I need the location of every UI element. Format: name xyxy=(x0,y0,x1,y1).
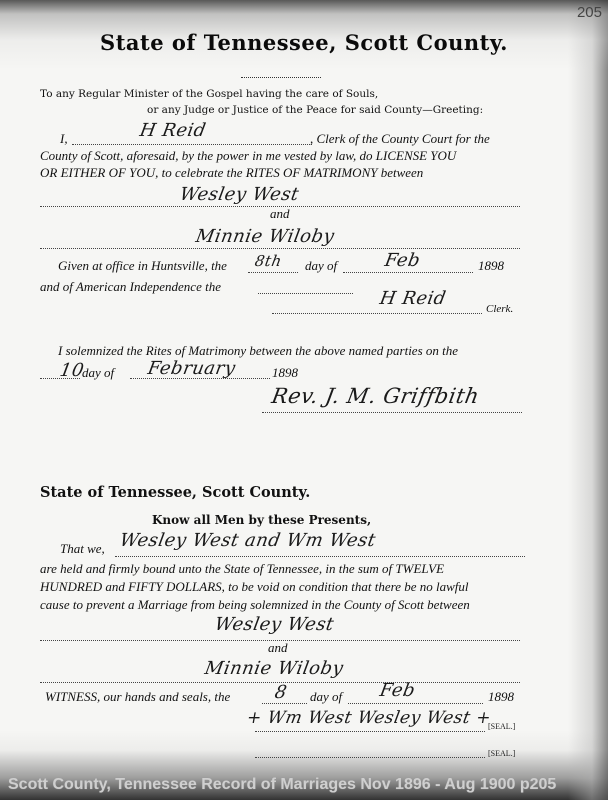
page-number: 205 xyxy=(577,4,602,21)
bond-and: and xyxy=(268,640,288,656)
that-we-label: That we, xyxy=(60,541,105,557)
bond-line-3: HUNDRED and FIFTY DOLLARS, to be void on… xyxy=(40,579,469,595)
license-title: State of Tennessee, Scott County. xyxy=(0,30,608,55)
officiant-signature: Rev. J. M. Griffbith xyxy=(270,384,481,408)
given-month-line xyxy=(343,272,473,273)
witness-month: Feb xyxy=(378,680,417,701)
bond-title: State of Tennessee, Scott County. xyxy=(40,484,310,501)
obligors-line xyxy=(115,556,525,557)
solemnization-text: I solemnized the Rites of Matrimony betw… xyxy=(58,343,458,359)
license-body-line-2: County of Scott, aforesaid, by the power… xyxy=(40,148,456,164)
clerk-label: Clerk. xyxy=(486,303,513,315)
witness-month-line xyxy=(348,703,483,704)
bond-groom: Wesley West xyxy=(213,614,336,635)
officiant-line xyxy=(262,412,522,413)
license-bride: Minnie Wiloby xyxy=(194,226,336,247)
given-day-line xyxy=(248,272,298,273)
bond-subtitle: Know all Men by these Presents, xyxy=(152,513,371,527)
bond-line-2: are held and firmly bound unto the State… xyxy=(40,561,444,577)
signature-line-1 xyxy=(255,731,485,732)
solemn-month: February xyxy=(146,358,237,379)
clerk-signature-line xyxy=(272,313,482,314)
bond-obligors: Wesley West and Wm West xyxy=(118,530,377,551)
given-day-label: day of xyxy=(305,258,337,274)
witness-day-label: day of xyxy=(310,689,342,705)
license-groom: Wesley West xyxy=(178,184,301,205)
given-prefix: Given at office in Huntsville, the xyxy=(58,258,227,274)
clerk-signature: H Reid xyxy=(378,288,448,309)
seal-label-1: [SEAL.] xyxy=(488,722,515,731)
address-line-1: To any Regular Minister of the Gospel ha… xyxy=(40,88,378,100)
given-month: Feb xyxy=(383,250,422,271)
given-year: 1898 xyxy=(478,258,504,274)
witness-day-line xyxy=(262,703,307,704)
solemn-year: 1898 xyxy=(272,365,298,381)
witness-day: 8 xyxy=(273,682,289,703)
given-day: 8th xyxy=(253,252,283,270)
witness-prefix: WITNESS, our hands and seals, the xyxy=(45,689,230,705)
solemn-day-label: day of xyxy=(82,365,114,381)
bond-line-4: cause to prevent a Marriage from being s… xyxy=(40,597,470,613)
record-caption: Scott County, Tennessee Record of Marria… xyxy=(8,776,556,794)
intro-suffix: , Clerk of the County Court for the xyxy=(310,131,490,147)
clerk-name-line xyxy=(72,144,312,145)
bride-line xyxy=(40,248,520,249)
bond-bride: Minnie Wiloby xyxy=(203,658,345,679)
license-and: and xyxy=(270,206,290,222)
marriage-record-page: 205 State of Tennessee, Scott County. To… xyxy=(0,0,608,800)
address-line-2: or any Judge or Justice of the Peace for… xyxy=(147,104,483,116)
signature-line-2 xyxy=(255,757,485,758)
independence-line xyxy=(258,293,353,294)
intro-prefix: I, xyxy=(60,131,68,147)
license-body-line-3: OR EITHER OF YOU, to celebrate the RITES… xyxy=(40,165,423,181)
seal-label-2: [SEAL.] xyxy=(488,749,515,758)
clerk-name: H Reid xyxy=(138,120,208,141)
independence-label: and of American Independence the xyxy=(40,279,221,295)
bond-signatures: + Wm West Wesley West + xyxy=(245,708,493,728)
witness-year: 1898 xyxy=(488,689,514,705)
title-ornament xyxy=(241,74,321,78)
